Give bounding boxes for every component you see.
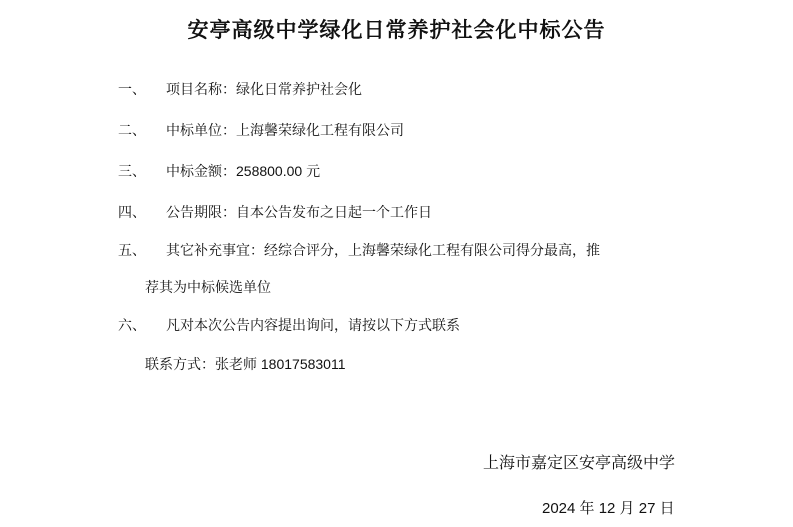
- item-number: 六、: [118, 317, 166, 334]
- signature-organization: 上海市嘉定区安亭高级中学: [483, 450, 675, 473]
- item-text: 其它补充事宜：经综合评分，上海馨荣绿化工程有限公司得分最高，推: [166, 242, 600, 259]
- list-item-continuation: 荐其为中标候选单位: [145, 279, 271, 296]
- list-item: 六、 凡对本次公告内容提出询问，请按以下方式联系: [118, 317, 460, 334]
- contact-text: 联系方式：张老师 18017583011: [145, 356, 346, 373]
- item-text: 公告期限：自本公告发布之日起一个工作日: [166, 204, 432, 221]
- item-number: 二、: [118, 122, 166, 139]
- item-text: 项目名称：绿化日常养护社会化: [166, 81, 362, 98]
- item-number: 一、: [118, 81, 166, 98]
- list-item: 三、 中标金额：258800.00 元: [118, 163, 320, 180]
- announcement-document: 安亭高级中学绿化日常养护社会化中标公告 一、 项目名称：绿化日常养护社会化 二、…: [0, 0, 793, 527]
- item-text: 凡对本次公告内容提出询问，请按以下方式联系: [166, 317, 460, 334]
- item-text: 中标单位：上海馨荣绿化工程有限公司: [166, 122, 404, 139]
- list-item: 五、 其它补充事宜：经综合评分，上海馨荣绿化工程有限公司得分最高，推: [118, 242, 600, 259]
- item-text: 荐其为中标候选单位: [145, 279, 271, 296]
- item-number: 五、: [118, 242, 166, 259]
- item-number: 三、: [118, 163, 166, 180]
- list-item: 一、 项目名称：绿化日常养护社会化: [118, 81, 362, 98]
- contact-line: 联系方式：张老师 18017583011: [145, 356, 346, 373]
- item-text: 中标金额：258800.00 元: [166, 163, 320, 180]
- page-title: 安亭高级中学绿化日常养护社会化中标公告: [0, 14, 793, 44]
- list-item: 二、 中标单位：上海馨荣绿化工程有限公司: [118, 122, 404, 139]
- item-number: 四、: [118, 204, 166, 221]
- signature-date: 2024 年 12 月 27 日: [542, 497, 675, 518]
- list-item: 四、 公告期限：自本公告发布之日起一个工作日: [118, 204, 432, 221]
